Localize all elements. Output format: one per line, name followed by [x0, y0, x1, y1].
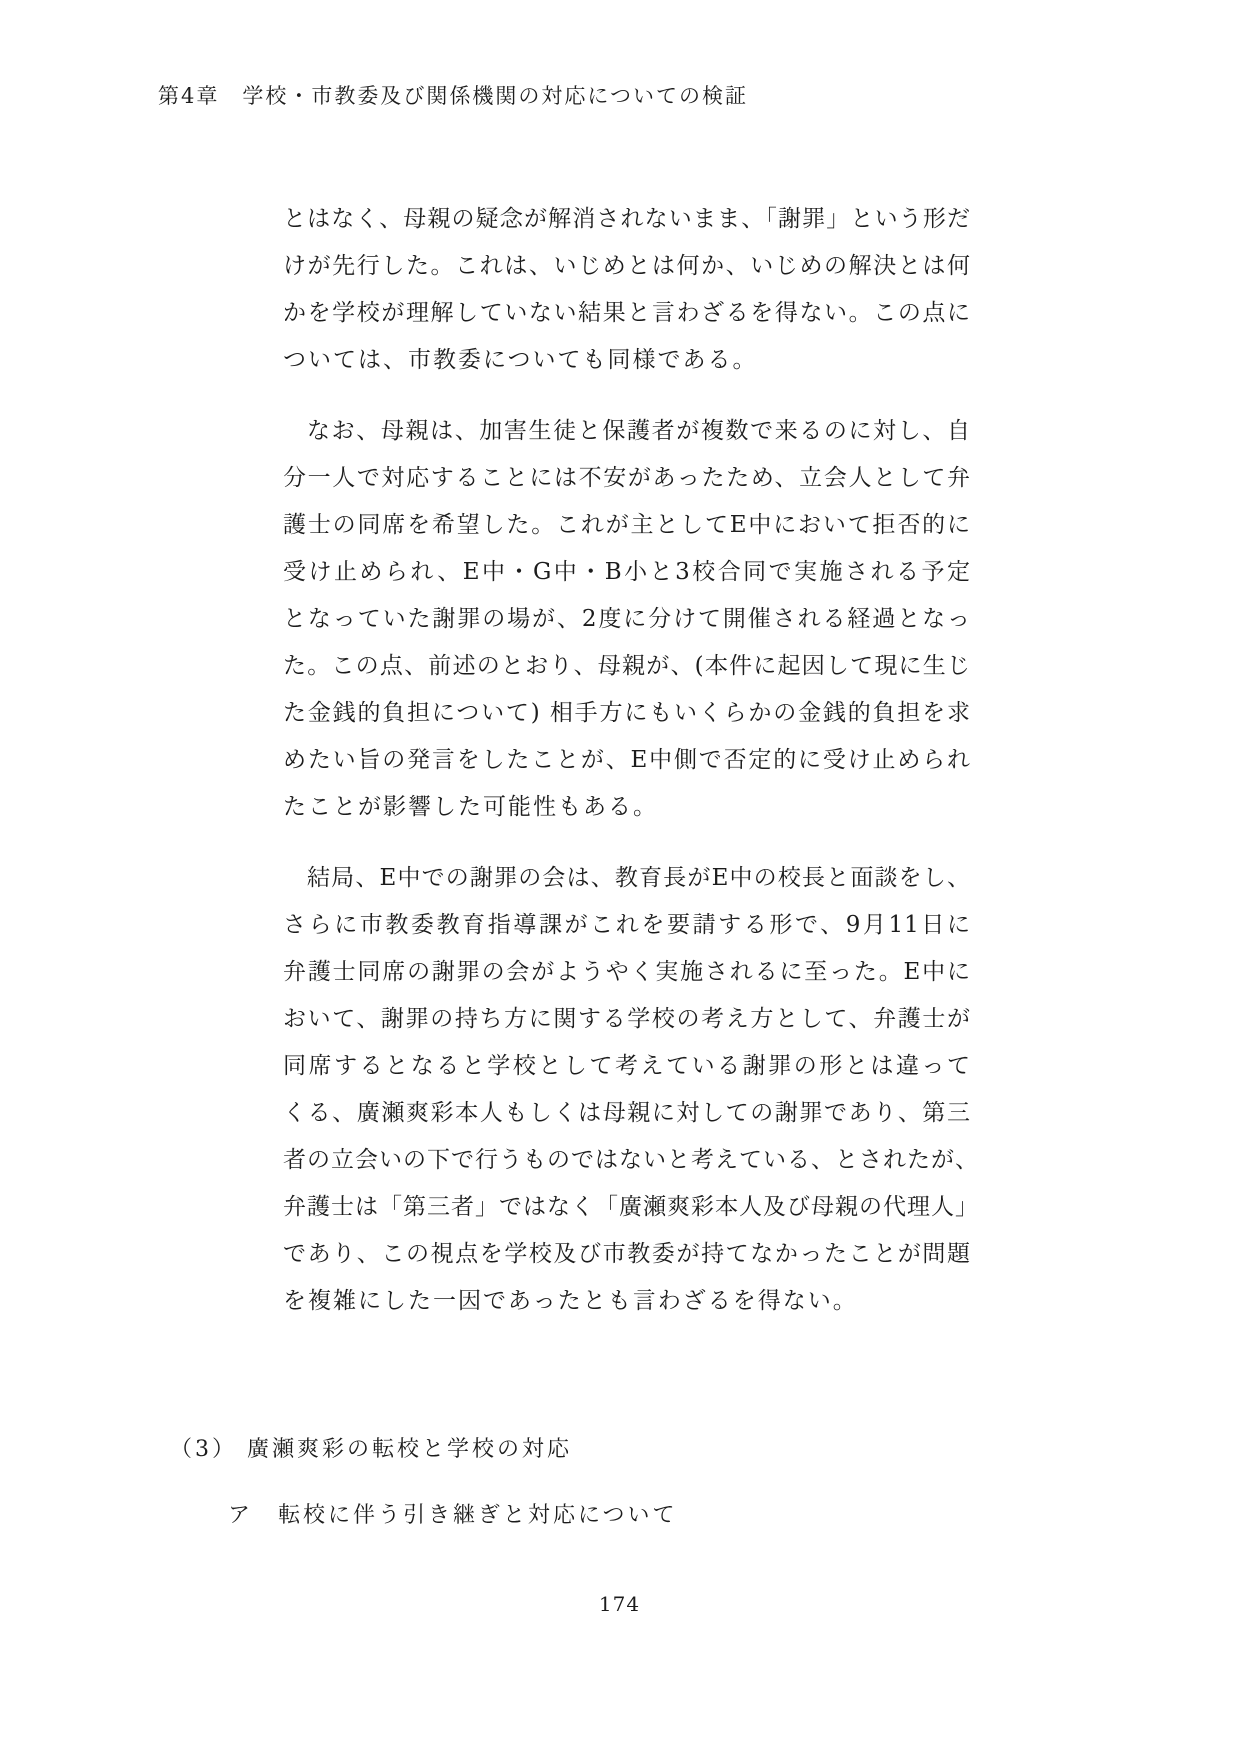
text-line: であり、この視点を学校及び市教委が持てなかったことが問題	[283, 1231, 971, 1278]
chapter-header: 第4章 学校・市教委及び関係機関の対応についての検証	[158, 80, 748, 110]
text-line: た。この点、前述のとおり、母親が、(本件に起因して現に生じ	[283, 643, 971, 690]
sub-section-heading: ア 転校に伴う引き継ぎと対応について	[228, 1498, 678, 1529]
text-line: おいて、謝罪の持ち方に関する学校の考え方として、弁護士が	[283, 996, 971, 1043]
text-line: を複雑にした一因であったとも言わざるを得ない。	[283, 1278, 971, 1325]
text-line: 者の立会いの下で行うものではないと考えている、とされたが、	[283, 1137, 971, 1184]
text-line: かを学校が理解していない結果と言わざるを得ない。この点に	[283, 290, 971, 337]
body-text: とはなく、母親の疑念が解消されないまま、「謝罪」という形だ けが先行した。これは…	[283, 196, 971, 1349]
text-line: たことが影響した可能性もある。	[283, 784, 971, 831]
text-line: となっていた謝罪の場が、2度に分けて開催される経過となっ	[283, 596, 971, 643]
text-line: 護士の同席を希望した。これが主としてE中において拒否的に	[283, 502, 971, 549]
text-line: 分一人で対応することには不安があったため、立会人として弁	[283, 455, 971, 502]
text-line: 結局、E中での謝罪の会は、教育長がE中の校長と面談をし、	[283, 855, 971, 902]
text-line: 受け止められ、E中・G中・B小と3校合同で実施される予定	[283, 549, 971, 596]
text-line: 同席するとなると学校として考えている謝罪の形とは違って	[283, 1043, 971, 1090]
paragraph-3: 結局、E中での謝罪の会は、教育長がE中の校長と面談をし、 さらに市教委教育指導課…	[283, 855, 971, 1325]
text-line: さらに市教委教育指導課がこれを要請する形で、9月11日に	[283, 902, 971, 949]
text-line: ついては、市教委についても同様である。	[283, 337, 971, 384]
paragraph-1: とはなく、母親の疑念が解消されないまま、「謝罪」という形だ けが先行した。これは…	[283, 196, 971, 384]
text-line: 弁護士同席の謝罪の会がようやく実施されるに至った。E中に	[283, 949, 971, 996]
paragraph-2: なお、母親は、加害生徒と保護者が複数で来るのに対し、自 分一人で対応することには…	[283, 408, 971, 831]
text-line: けが先行した。これは、いじめとは何か、いじめの解決とは何	[283, 243, 971, 290]
section-heading: （3） 廣瀬爽彩の転校と学校の対応	[170, 1432, 572, 1463]
text-line: た金銭的負担について) 相手方にもいくらかの金銭的負担を求	[283, 690, 971, 737]
page-number: 174	[0, 1592, 1239, 1616]
text-line: めたい旨の発言をしたことが、E中側で否定的に受け止められ	[283, 737, 971, 784]
text-line: とはなく、母親の疑念が解消されないまま、「謝罪」という形だ	[283, 196, 971, 243]
text-line: くる、廣瀬爽彩本人もしくは母親に対しての謝罪であり、第三	[283, 1090, 971, 1137]
text-line: 弁護士は「第三者」ではなく「廣瀬爽彩本人及び母親の代理人」	[283, 1184, 971, 1231]
document-page: 第4章 学校・市教委及び関係機関の対応についての検証 とはなく、母親の疑念が解消…	[0, 0, 1239, 1754]
text-line: なお、母親は、加害生徒と保護者が複数で来るのに対し、自	[283, 408, 971, 455]
